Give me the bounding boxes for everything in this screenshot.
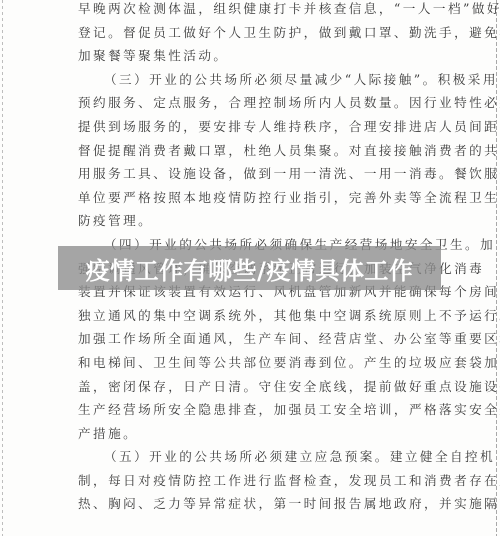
text-line: 热、胸闷、乏力等异常症状，第一时间报告属地政府，并实施隔离、 [78,492,432,516]
text-line: 生产经营场所安全隐患排查，加强员工安全培训，严格落实安全生 [78,398,432,422]
page-left-edge [2,0,3,536]
text-line: 提供到场服务的，要安排专人维持秩序，合理安排进店人员间距， [78,115,432,139]
text-line: 用服务工具、设施设备，做到一用一清洗、一用一消毒。餐饮服务 [78,162,432,186]
text-line: 加强工作场所全面通风，生产车间、经营店堂、办公室等重要区域 [78,327,432,351]
text-line: 预约服务、定点服务，合理控制场所内人员数量。因行业特性必须 [78,91,432,115]
text-line: 加聚餐等聚集性活动。 [78,44,432,68]
text-line: 登记。督促员工做好个人卫生防护，做到戴口罩、勤洗手，避免参 [78,21,432,45]
text-line: 单位要严格按照本地疫情防控行业指引，完善外卖等全流程卫生 [78,186,432,210]
banner-title: 疫情工作有哪些/疫情具体工作 [86,251,414,286]
text-line: 产措施。 [78,422,432,446]
section-heading-line: （三）开业的公共场所必须尽量减少“人际接触”。积极采用 [78,68,432,92]
caption-banner: 疫情工作有哪些/疫情具体工作 [58,246,441,290]
text-line: 独立通风的集中空调系统外，其他集中空调系统原则上不予运行。 [78,304,432,328]
section-heading-line: （五）开业的公共场所必须建立应急预案。建立健全自控机 [78,445,432,469]
text-line: 防疫管理。 [78,209,432,233]
text-line: 盖，密闭保存，日产日清。守住安全底线，提前做好重点设施设备、 [78,375,432,399]
scanned-document-page: 早晚两次检测体温，组织健康打卡并核查信息，“一人一档”做好 登记。督促员工做好个… [0,0,500,536]
text-line: 早晚两次检测体温，组织健康打卡并核查信息，“一人一档”做好 [78,0,432,21]
text-line: 和电梯间、卫生间等公共部位要消毒到位。产生的垃圾应套袋加 [78,351,432,375]
text-line: 督促提醒消费者戴口罩，杜绝人员集聚。对直接接触消费者的共 [78,139,432,163]
text-line: 制，每日对疫情防控工作进行监督检查，发现员工和消费者存在发 [78,469,432,493]
